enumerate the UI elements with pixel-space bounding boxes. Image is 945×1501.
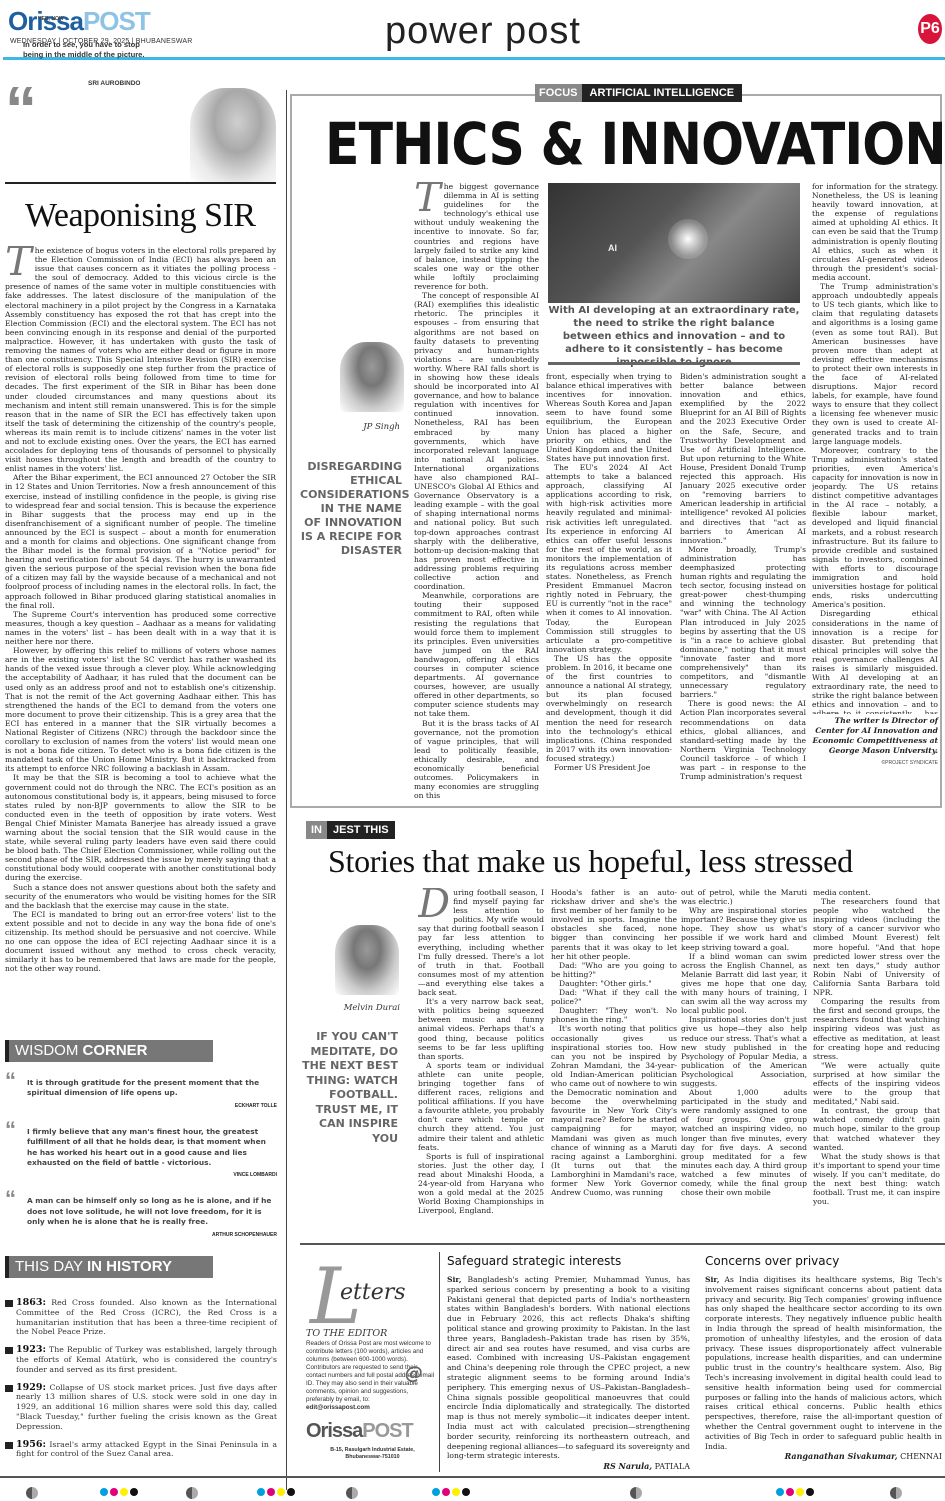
author-photo-jp-singh (340, 342, 404, 412)
section-divider (300, 1243, 945, 1245)
letter-body: Sir, As India digitises its healthcare s… (705, 1275, 942, 1451)
author-photo-melvin-durai (335, 925, 399, 995)
author-byline: Melvin Durai (310, 1003, 400, 1013)
quote-text: In order to see, you have to stop being … (23, 40, 148, 60)
bullet-icon (5, 1442, 13, 1449)
wisdom-author: ARTHUR SCHOPENHAUER (5, 1232, 277, 1238)
glow-decoration (668, 219, 708, 259)
quote-mark-icon: “ (5, 1194, 13, 1204)
cmyk-color-bar (432, 1488, 470, 1496)
syndicate-credit: ©PROJECT SYNDICATE (812, 760, 938, 766)
bullet-icon (5, 1300, 13, 1307)
history-list: 1863: Red Cross founded. Also known as t… (3, 1298, 277, 1467)
cmyk-color-bar (100, 1488, 138, 1496)
letters-subtitle: TO THE EDITOR (306, 1328, 387, 1339)
dropcap: T (5, 246, 32, 278)
focus-column-4: for information for the strategy. Noneth… (812, 182, 938, 714)
section-title: power post (385, 10, 581, 53)
registration-mark-icon (186, 1487, 198, 1499)
ai-label: AI (608, 243, 617, 253)
jest-headline: Stories that make us hopeful, less stres… (328, 843, 853, 880)
wisdom-quotes: “It is through gratitude for the present… (5, 1078, 277, 1238)
column-divider (286, 90, 287, 1490)
orissapost-logo[interactable]: HER, NOW OrissaPOST (8, 8, 150, 34)
dropcap: T (414, 182, 441, 214)
letters-address: B-15, Rasulgarh Industrial Estate, Bhuba… (315, 1447, 430, 1461)
wisdom-quote: “A man can be himself only so long as he… (5, 1196, 277, 1227)
letters-title: etters (340, 1280, 406, 1305)
jest-column-2: Hooda's father is an auto-rickshaw drive… (551, 888, 677, 1240)
history-header: THIS DAY IN HISTORY (5, 1256, 213, 1278)
email-at-icon: @ (405, 1363, 423, 1384)
cmyk-color-bar (776, 1488, 814, 1496)
quote-mark-icon: “ (5, 1125, 13, 1135)
editorial-body: The existence of bogus voters in the ele… (5, 246, 276, 1016)
quote-author: SRI AUROBINDO (88, 80, 140, 87)
jest-column-3: out of petrol, while the Maruti was elec… (681, 888, 807, 1240)
wisdom-quote: “It is through gratitude for the present… (5, 1078, 277, 1099)
image-caption: With AI developing at an extraordinary r… (548, 304, 800, 369)
pull-quote: IF YOU CAN'T MEDITATE, DO THE NEXT BEST … (300, 1030, 398, 1146)
history-item: 1923: The Republic of Turkey was establi… (3, 1345, 277, 1374)
letter-headline: Concerns over privacy (705, 1254, 942, 1268)
letter-1: Safeguard strategic interests Sir, Bangl… (447, 1254, 690, 1471)
cmyk-color-bar (257, 1488, 295, 1496)
bullet-icon (5, 1385, 13, 1392)
pull-quote: DISREGARDING ETHICAL CONSIDERATIONS IN T… (300, 460, 402, 558)
focus-column-1: The biggest governance dilemma in AI is … (414, 182, 539, 804)
letters-divider (439, 1252, 440, 1472)
focus-tag: FOCUSARTIFICIAL INTELLIGENCE (535, 84, 742, 102)
letters-email-link[interactable]: edit@orissapost.com (306, 1404, 436, 1412)
divider (5, 182, 276, 184)
letter-headline: Safeguard strategic interests (447, 1254, 690, 1268)
history-item: 1929: Collapse of US stock market prices… (3, 1383, 277, 1432)
quote-mark-icon: “ (5, 1076, 13, 1086)
registration-mark-icon (346, 1487, 358, 1499)
registration-mark-icon (26, 1487, 38, 1499)
focus-column-3: Biden's administration sought a better b… (680, 372, 806, 804)
page-number-badge: P6 (918, 14, 942, 44)
wisdom-quote: “I firmly believe that any man's finest … (5, 1127, 277, 1169)
letter-signature: RS Narula, PATIALA (447, 1461, 690, 1471)
history-item: 1863: Red Cross founded. Also known as t… (3, 1298, 277, 1337)
caption-rule (548, 362, 800, 365)
jest-tag: INJEST THIS (306, 821, 395, 839)
bullet-icon (5, 1347, 13, 1354)
registration-mark-icon (890, 1487, 902, 1499)
dropcap: D (418, 888, 450, 920)
wisdom-corner-header: WISDOM CORNER (5, 1040, 213, 1062)
history-item: 1956: Israel's army attacked Egypt in th… (3, 1440, 277, 1460)
letter-body: Sir, Bangladesh's acting Premier, Muhamm… (447, 1275, 690, 1461)
ai-illustration-image: AI (548, 183, 800, 303)
author-credit: The writer is Director of Center for AI … (812, 716, 938, 756)
focus-headline: ETHICS & INNOVATION (325, 112, 945, 176)
sri-aurobindo-portrait (190, 88, 276, 184)
jest-column-4: media content. The researchers found tha… (813, 888, 940, 1240)
logo-tagline: HER, NOW (38, 6, 64, 32)
registration-mark-icon (630, 1487, 642, 1499)
editorial-headline: Weaponising SIR (25, 197, 256, 235)
letter-2: Concerns over privacy Sir, As India digi… (705, 1254, 942, 1461)
letter-signature: Ranganathan Sivakumar, CHENNAI (705, 1451, 942, 1461)
orissapost-logo-small: OrissaPOST (306, 1420, 413, 1443)
focus-column-2: front, especially when trying to balance… (546, 372, 672, 804)
bottom-rule (0, 1476, 945, 1478)
author-byline: JP Singh (310, 422, 400, 432)
jest-column-1: During football season, I find myself pa… (418, 888, 544, 1240)
wisdom-author: ECKHART TOLLE (5, 1103, 277, 1109)
wisdom-author: VINCE LOMBARDI (5, 1172, 277, 1178)
